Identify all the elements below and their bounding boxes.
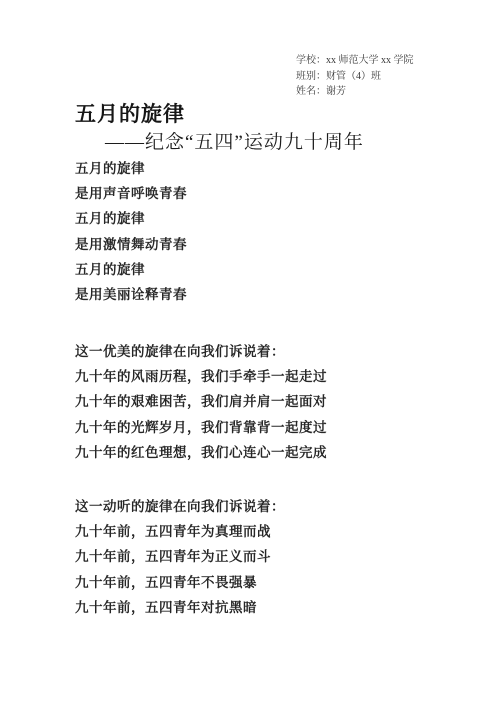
poem-line: 九十年的光辉岁月，我们背靠背一起度过 (75, 415, 327, 440)
poem-line: 是用激情舞动青春 (75, 232, 187, 257)
poem-line: 五月的旋律 (75, 206, 187, 231)
poem-line: 五月的旋律 (75, 257, 187, 282)
class-line: 班别：财管（4）班 (296, 69, 414, 85)
document-page: 学校：xx 师范大学 xx 学院 班别：财管（4）班 姓名：谢芳 五月的旋律 —… (0, 0, 500, 707)
poem-line: 这一优美的旋律在向我们诉说着： (75, 339, 327, 364)
poem-stanza-1: 五月的旋律 是用声音呼唤青春 五月的旋律 是用激情舞动青春 五月的旋律 是用美丽… (75, 156, 187, 307)
document-subtitle: ——纪念“五四”运动九十周年 (105, 127, 364, 154)
poem-stanza-3: 这一动听的旋律在向我们诉说着： 九十年前，五四青年为真理而战 九十年前，五四青年… (75, 494, 285, 620)
student-info-block: 学校：xx 师范大学 xx 学院 班别：财管（4）班 姓名：谢芳 (296, 53, 414, 100)
name-line: 姓名：谢芳 (296, 84, 414, 100)
poem-line: 九十年前，五四青年为真理而战 (75, 519, 285, 544)
poem-line: 是用美丽诠释青春 (75, 282, 187, 307)
document-title: 五月的旋律 (75, 98, 185, 128)
poem-line: 九十年前，五四青年为正义而斗 (75, 544, 285, 569)
poem-line: 九十年前，五四青年不畏强暴 (75, 570, 285, 595)
poem-line: 这一动听的旋律在向我们诉说着： (75, 494, 285, 519)
poem-line: 九十年的红色理想，我们心连心一起完成 (75, 440, 327, 465)
poem-stanza-2: 这一优美的旋律在向我们诉说着： 九十年的风雨历程，我们手牵手一起走过 九十年的艰… (75, 339, 327, 465)
poem-line: 九十年前，五四青年对抗黑暗 (75, 595, 285, 620)
poem-line: 九十年的风雨历程，我们手牵手一起走过 (75, 364, 327, 389)
school-line: 学校：xx 师范大学 xx 学院 (296, 53, 414, 69)
poem-line: 九十年的艰难困苦，我们肩并肩一起面对 (75, 389, 327, 414)
poem-line: 是用声音呼唤青春 (75, 181, 187, 206)
poem-line: 五月的旋律 (75, 156, 187, 181)
